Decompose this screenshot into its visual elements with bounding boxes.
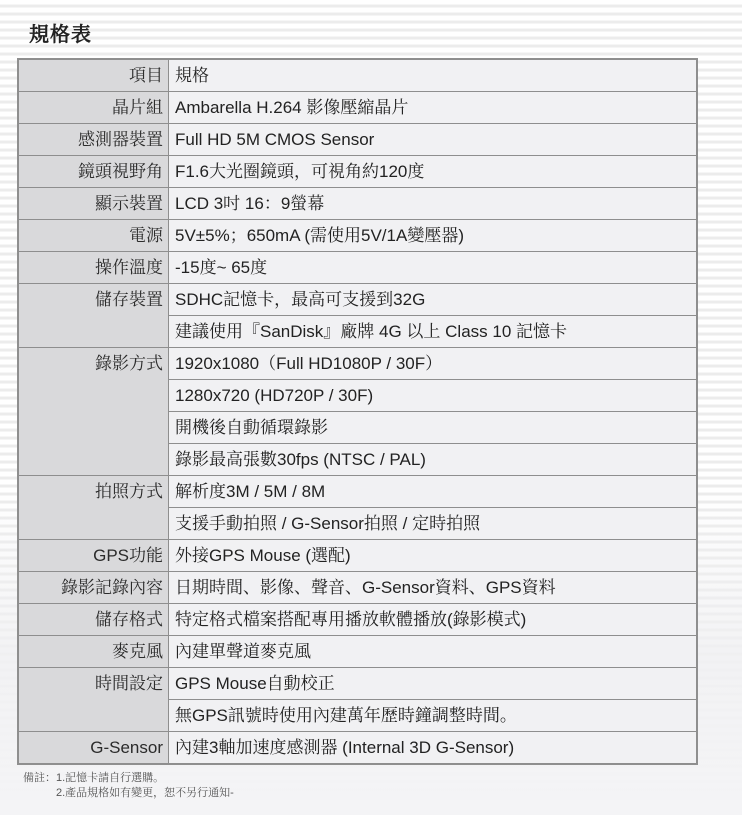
row-value: 外接GPS Mouse (選配): [169, 540, 697, 572]
footnote-row: 2.產品規格如有變更，恕不另行通知-: [23, 786, 234, 801]
row-value: 支援手動拍照 / G-Sensor拍照 / 定時拍照: [169, 508, 697, 540]
row-label: 晶片組: [19, 92, 169, 124]
footnotes: 備註： 1.記憶卡請自行選購。 2.產品規格如有變更，恕不另行通知-: [23, 771, 234, 801]
row-label: GPS功能: [19, 540, 169, 572]
table-row: 時間設定 GPS Mouse自動校正: [19, 668, 697, 700]
spec-table: 項目 規格 晶片組 Ambarella H.264 影像壓縮晶片 感測器裝置 F…: [18, 59, 697, 764]
footnote-row: 備註： 1.記憶卡請自行選購。: [23, 771, 234, 786]
table-row: 操作溫度 -15度~ 65度: [19, 252, 697, 284]
row-value: Ambarella H.264 影像壓縮晶片: [169, 92, 697, 124]
row-value: -15度~ 65度: [169, 252, 697, 284]
table-row: 儲存格式 特定格式檔案搭配專用播放軟體播放(錄影模式): [19, 604, 697, 636]
row-label: 錄影方式: [19, 348, 169, 476]
row-label: 麥克風: [19, 636, 169, 668]
table-row: G-Sensor 內建3軸加速度感測器 (Internal 3D G-Senso…: [19, 732, 697, 764]
row-value: 無GPS訊號時使用內建萬年歷時鐘調整時間。: [169, 700, 697, 732]
row-value: LCD 3吋 16：9螢幕: [169, 188, 697, 220]
page-title: 規格表: [29, 18, 92, 47]
table-row: 錄影記錄內容 日期時間、影像、聲音、G-Sensor資料、GPS資料: [19, 572, 697, 604]
row-value: 內建單聲道麥克風: [169, 636, 697, 668]
table-row: 麥克風 內建單聲道麥克風: [19, 636, 697, 668]
row-value: 錄影最高張數30fps (NTSC / PAL): [169, 444, 697, 476]
table-header-row: 項目 規格: [19, 60, 697, 92]
row-value: GPS Mouse自動校正: [169, 668, 697, 700]
row-label: 儲存裝置: [19, 284, 169, 348]
row-label: 感測器裝置: [19, 124, 169, 156]
table-row: 顯示裝置 LCD 3吋 16：9螢幕: [19, 188, 697, 220]
footnote-prefix: 備註：: [23, 771, 56, 786]
row-value: SDHC記憶卡，最高可支援到32G: [169, 284, 697, 316]
row-value: Full HD 5M CMOS Sensor: [169, 124, 697, 156]
row-label: 鏡頭視野角: [19, 156, 169, 188]
row-value: 1280x720 (HD720P / 30F): [169, 380, 697, 412]
table-row: GPS功能 外接GPS Mouse (選配): [19, 540, 697, 572]
table-row: 電源 5V±5%；650mA (需使用5V/1A變壓器): [19, 220, 697, 252]
header-label: 項目: [19, 60, 169, 92]
row-label: 拍照方式: [19, 476, 169, 540]
row-label: 錄影記錄內容: [19, 572, 169, 604]
footnote-item: 2.產品規格如有變更，恕不另行通知-: [56, 786, 234, 801]
row-value: 5V±5%；650mA (需使用5V/1A變壓器): [169, 220, 697, 252]
table-row: 儲存裝置 SDHC記憶卡，最高可支援到32G: [19, 284, 697, 316]
table-row: 晶片組 Ambarella H.264 影像壓縮晶片: [19, 92, 697, 124]
header-value: 規格: [169, 60, 697, 92]
row-value: 1920x1080（Full HD1080P / 30F）: [169, 348, 697, 380]
row-value: F1.6大光圈鏡頭，可視角約120度: [169, 156, 697, 188]
table-row: 感測器裝置 Full HD 5M CMOS Sensor: [19, 124, 697, 156]
row-label: 時間設定: [19, 668, 169, 732]
row-label: 操作溫度: [19, 252, 169, 284]
row-label: 儲存格式: [19, 604, 169, 636]
row-value: 解析度3M / 5M / 8M: [169, 476, 697, 508]
row-label: 電源: [19, 220, 169, 252]
row-label: G-Sensor: [19, 732, 169, 764]
row-value: 建議使用『SanDisk』廠牌 4G 以上 Class 10 記憶卡: [169, 316, 697, 348]
row-value: 內建3軸加速度感測器 (Internal 3D G-Sensor): [169, 732, 697, 764]
row-value: 特定格式檔案搭配專用播放軟體播放(錄影模式): [169, 604, 697, 636]
table-row: 鏡頭視野角 F1.6大光圈鏡頭，可視角約120度: [19, 156, 697, 188]
row-value: 日期時間、影像、聲音、G-Sensor資料、GPS資料: [169, 572, 697, 604]
table-row: 拍照方式 解析度3M / 5M / 8M: [19, 476, 697, 508]
row-value: 開機後自動循環錄影: [169, 412, 697, 444]
row-label: 顯示裝置: [19, 188, 169, 220]
footnote-spacer: [23, 786, 56, 801]
table-row: 錄影方式 1920x1080（Full HD1080P / 30F）: [19, 348, 697, 380]
footnote-item: 1.記憶卡請自行選購。: [56, 771, 164, 786]
